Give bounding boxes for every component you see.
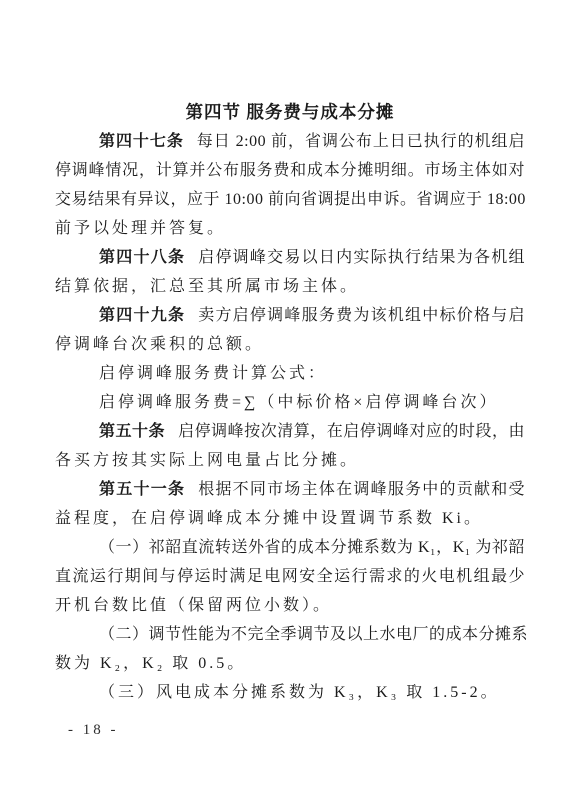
line-text: （一）祁韶直流转送外省的成本分摊系数为 K₁，K₁ 为祁韶 (99, 539, 525, 556)
document-line: 数为 K₂，K₂ 取 0.5。 (55, 649, 525, 678)
article-number: 第四十九条 (99, 307, 185, 324)
line-text: 数为 K₂，K₂ 取 0.5。 (55, 655, 246, 672)
document-line: 交易结果有异议，应于 10:00 前向省调提出申诉。省调应于 18:00 (55, 185, 525, 214)
line-text: （三）风电成本分摊系数为 K₃，K₃ 取 1.5-2。 (99, 684, 500, 701)
document-line: 结算依据，汇总至其所属市场主体。 (55, 272, 525, 301)
line-text: 卖方启停调峰服务费为该机组中标价格与启 (198, 307, 525, 324)
document-line: 第四十七条每日 2:00 前，省调公布上日已执行的机组启 (55, 127, 525, 156)
line-text: 益程度，在启停调峰成本分摊中设置调节系数 Ki。 (55, 510, 483, 527)
page: 第四节 服务费与成本分摊 第四十七条每日 2:00 前，省调公布上日已执行的机组… (0, 0, 566, 800)
article-number: 第四十八条 (99, 249, 185, 266)
document-line: 启停调峰服务费=∑（中标价格×启停调峰台次） (55, 388, 525, 417)
document-line: 启停调峰服务费计算公式： (55, 359, 525, 388)
line-text: （二）调节性能为不完全季调节及以上水电厂的成本分摊系 (99, 626, 528, 643)
document-body: 第四节 服务费与成本分摊 第四十七条每日 2:00 前，省调公布上日已执行的机组… (55, 98, 525, 707)
line-text: 直流运行期间与停运时满足电网安全运行需求的火电机组最少 (55, 568, 525, 585)
document-line: 前予以处理并答复。 (55, 214, 525, 243)
document-line: 益程度，在启停调峰成本分摊中设置调节系数 Ki。 (55, 504, 525, 533)
document-line: 直流运行期间与停运时满足电网安全运行需求的火电机组最少 (55, 562, 525, 591)
line-text: 根据不同市场主体在调峰服务中的贡献和受 (198, 481, 525, 498)
line-text: 前予以处理并答复。 (55, 220, 226, 237)
line-text: 启停调峰服务费=∑（中标价格×启停调峰台次） (99, 394, 498, 411)
document-line: 开机台数比值（保留两位小数）。 (55, 591, 525, 620)
line-text: 每日 2:00 前，省调公布上日已执行的机组启 (197, 133, 525, 150)
line-text: 停调峰情况，计算并公布服务费和成本分摊明细。市场主体如对 (55, 162, 525, 179)
document-line: 第五十条启停调峰按次清算，在启停调峰对应的时段，由 (55, 417, 525, 446)
line-text: 启停调峰按次清算，在启停调峰对应的时段，由 (178, 423, 525, 440)
line-text: 启停调峰服务费计算公式： (99, 365, 327, 382)
document-line: 第四十八条启停调峰交易以日内实际执行结果为各机组 (55, 243, 525, 272)
document-line: （二）调节性能为不完全季调节及以上水电厂的成本分摊系 (55, 620, 525, 649)
article-number: 第五十条 (99, 423, 165, 440)
line-text: 启停调峰交易以日内实际执行结果为各机组 (198, 249, 525, 266)
document-line: 各买方按其实际上网电量占比分摊。 (55, 446, 525, 475)
article-number: 第五十一条 (99, 481, 185, 498)
document-line: 停调峰台次乘积的总额。 (55, 330, 525, 359)
document-line: 第四十九条卖方启停调峰服务费为该机组中标价格与启 (55, 301, 525, 330)
document-line: 停调峰情况，计算并公布服务费和成本分摊明细。市场主体如对 (55, 156, 525, 185)
document-line: （一）祁韶直流转送外省的成本分摊系数为 K₁，K₁ 为祁韶 (55, 533, 525, 562)
document-line: 第五十一条根据不同市场主体在调峰服务中的贡献和受 (55, 475, 525, 504)
line-text: 停调峰台次乘积的总额。 (55, 336, 264, 353)
line-text: 交易结果有异议，应于 10:00 前向省调提出申诉。省调应于 18:00 (55, 191, 526, 208)
article-number: 第四十七条 (99, 133, 184, 150)
line-text: 各买方按其实际上网电量占比分摊。 (55, 452, 359, 469)
line-text: 结算依据，汇总至其所属市场主体。 (55, 278, 359, 295)
page-number: - 18 - (68, 722, 119, 739)
line-text: 开机台数比值（保留两位小数）。 (55, 597, 332, 614)
section-title: 第四节 服务费与成本分摊 (55, 98, 525, 127)
document-line: （三）风电成本分摊系数为 K₃，K₃ 取 1.5-2。 (55, 678, 525, 707)
